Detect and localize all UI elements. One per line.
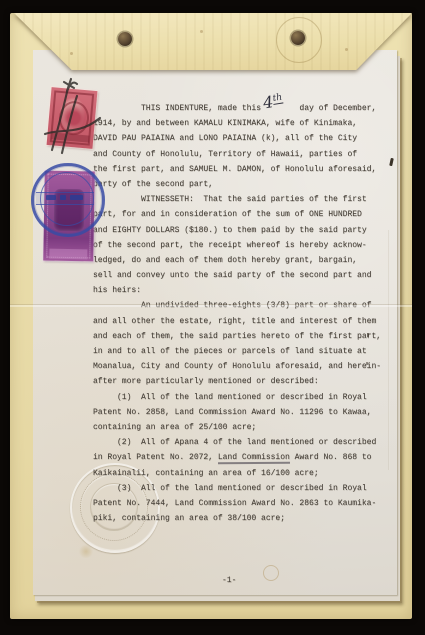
text-line: Patent No. 7444, Land Commission Award N… bbox=[93, 496, 381, 511]
text-line: containing an area of 25/100 acre; bbox=[93, 420, 381, 435]
blue-datestamp-cancel-icon bbox=[31, 163, 105, 237]
text-line: in and to all of the pieces or parcels o… bbox=[93, 344, 381, 359]
datestamp-mark bbox=[46, 195, 56, 200]
text-line: (1) All of the land mentioned or describ… bbox=[93, 390, 381, 405]
text-line: 1914, by and between KAMALU KINIMAKA, wi… bbox=[93, 116, 381, 131]
text-line: and County of Honolulu, Territory of Haw… bbox=[93, 147, 381, 162]
backing-fold-flap-face bbox=[14, 13, 412, 70]
text-line: DAVID PAU PAIAINA and LONO PAIAINA (k), … bbox=[93, 131, 381, 146]
text-line: sell and convey unto the said party of t… bbox=[93, 268, 381, 283]
foxing-speck bbox=[345, 48, 348, 51]
text-line: of the second part, the receipt whereof … bbox=[93, 238, 381, 253]
ring-stain bbox=[263, 565, 279, 581]
text-line: and all other the estate, right, title a… bbox=[93, 314, 381, 329]
datestamp-mark bbox=[60, 195, 66, 200]
text-line: piki, containing an area of 38/100 acre; bbox=[93, 511, 381, 526]
paper-crease-vertical bbox=[388, 230, 390, 470]
text-line: Patent No. 2858, Land Commission Award N… bbox=[93, 405, 381, 420]
page-number: -1- bbox=[222, 576, 236, 585]
text-line: and each of them, the said parties heret… bbox=[93, 329, 381, 344]
backing-fold-flap bbox=[14, 13, 412, 70]
text-line: THIS INDENTURE, made this day of Decembe… bbox=[93, 101, 381, 116]
paper-stain bbox=[78, 545, 94, 558]
text-line: part, for and in consideration of the su… bbox=[93, 207, 381, 222]
text-line: the first part, and SAMUEL M. DAMON, of … bbox=[93, 162, 381, 177]
brass-brad-left bbox=[118, 32, 132, 46]
text-line: WITNESSETH: That the said parties of the… bbox=[93, 192, 381, 207]
handwritten-date: 4th bbox=[262, 91, 284, 113]
red-revenue-stamp-icon bbox=[47, 87, 98, 149]
text-line: party of the second part, bbox=[93, 177, 381, 192]
text-line: his heirs: bbox=[93, 283, 381, 298]
ink-fleck bbox=[389, 158, 394, 166]
text-line: ledged, do and each of them doth hereby … bbox=[93, 253, 381, 268]
datestamp-mark bbox=[70, 195, 83, 200]
handwritten-day-suffix: th bbox=[272, 92, 283, 104]
text-line: Kaikainalii, containing an area of 16/10… bbox=[93, 466, 381, 481]
brass-brad-right bbox=[291, 31, 305, 45]
purple-stamp-lower-band bbox=[49, 249, 87, 260]
foxing-speck bbox=[200, 30, 203, 33]
foxing-speck bbox=[70, 52, 73, 55]
text-line: (3) All of the land mentioned or describ… bbox=[93, 481, 381, 496]
text-line: after more particularly mentioned or des… bbox=[93, 374, 381, 389]
text-line: and EIGHTY DOLLARS ($180.) to them paid … bbox=[93, 223, 381, 238]
text-line: An undivided three-eights (3/8) part or … bbox=[93, 298, 381, 313]
text-line: Moanalua, City and County of Honolulu af… bbox=[93, 359, 381, 374]
text-line: (2) All of Apana 4 of the land mentioned… bbox=[93, 435, 381, 450]
